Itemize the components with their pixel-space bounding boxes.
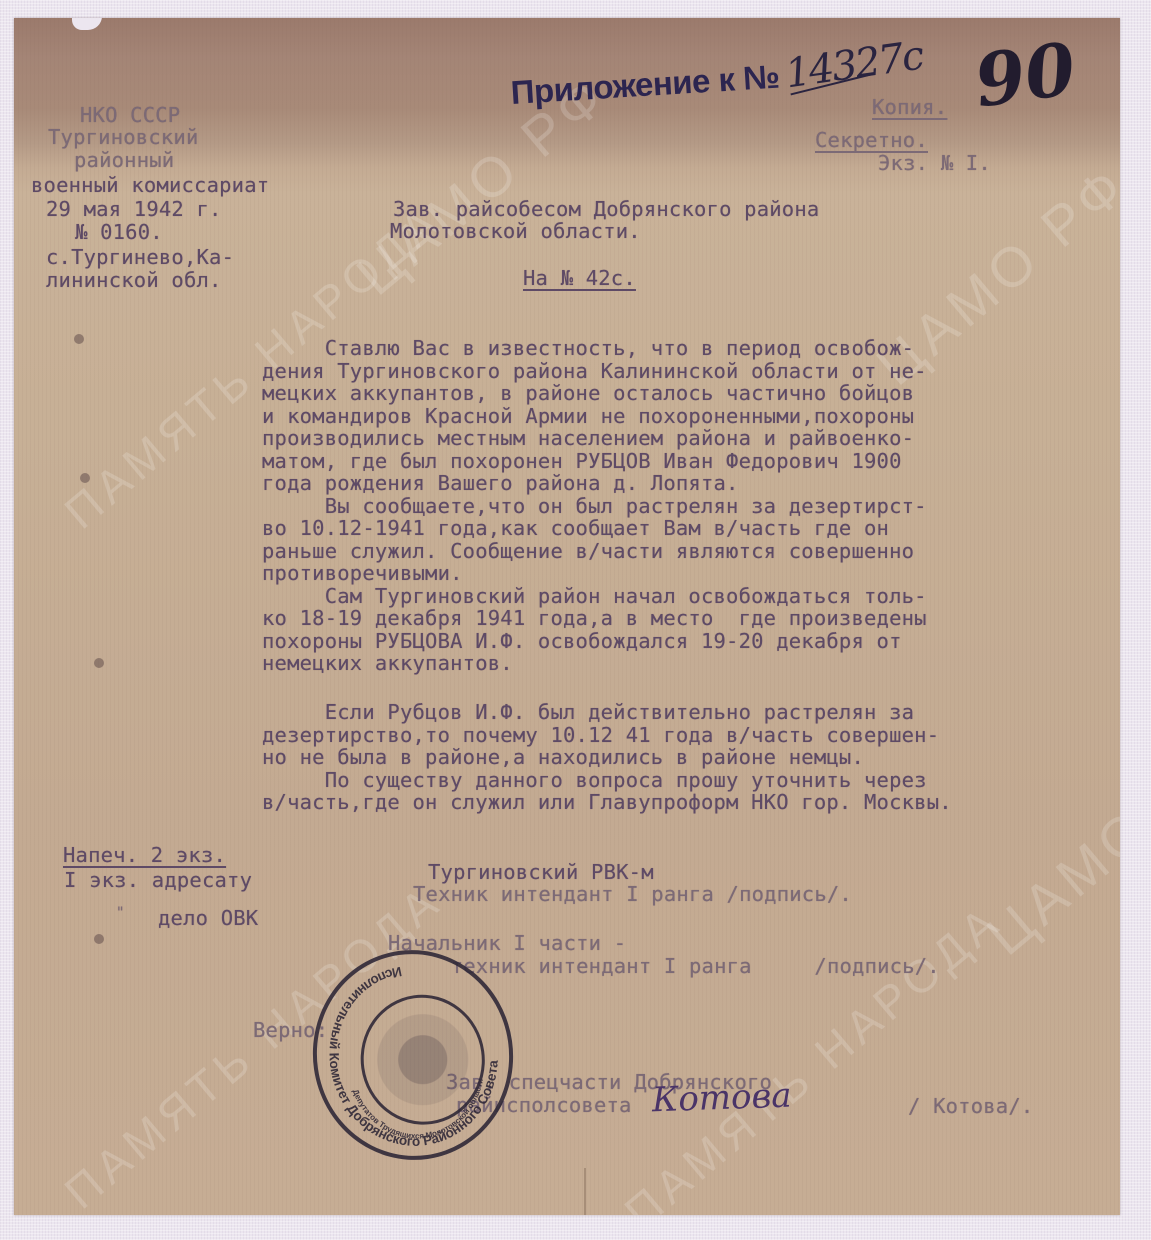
body-line: похороны РУБЦОВА И.Ф. освобождался 19-20… <box>262 630 927 653</box>
secret-label: Секретно. <box>815 129 928 152</box>
sender-number: № 0160. <box>75 221 163 244</box>
body-line: дения Тургиновского района Калининской о… <box>262 360 927 383</box>
copy-recipient-2: дело ОВК <box>158 907 258 930</box>
copy-label: Копия. <box>872 96 947 119</box>
handwritten-folio-number: 90 <box>970 25 1081 123</box>
body-line: года рождения Вашего района д. Лопята. <box>262 472 927 495</box>
signatory-rank-1: Техник интендант I ранга /подпись/. <box>413 883 852 906</box>
copy-number: Экз. № I. <box>878 152 991 175</box>
letter-body: Ставлю Вас в известность, что в период о… <box>262 337 927 675</box>
sender-line: лининской обл. <box>46 269 222 292</box>
body-line: Сам Тургиновский район начал освобождать… <box>262 585 927 608</box>
reference-number: На № 42с. <box>523 267 636 290</box>
body-line: ко 18-19 декабря 1941 года,а в место где… <box>262 607 927 630</box>
copy-recipient-1: I экз. адресату <box>64 869 252 892</box>
body-line: Ставлю Вас в известность, что в период о… <box>262 337 927 360</box>
binder-hole <box>74 334 84 344</box>
body-line: в/часть,где он служил или Главупроформ Н… <box>262 791 952 814</box>
addressee-line: Молотовской области. <box>390 220 641 243</box>
watermark-tsamo-3: ЦАМО РФ <box>974 721 1120 967</box>
sender-line: военный комиссариат <box>31 174 269 197</box>
handwritten-signature: Котова <box>651 1076 792 1121</box>
verifier-name: / Котова/. <box>908 1095 1033 1118</box>
body-line: матом, где был похоронен РУБЦОВ Иван Фед… <box>262 450 927 473</box>
body-line: противоречивыми. <box>262 562 927 585</box>
body-line: но не была в районе,а находились в район… <box>262 746 952 769</box>
body-line: дезертирство,то почему 10.12 41 года в/ч… <box>262 724 952 747</box>
addressee-line: Зав. райсобесом Добрянского района <box>393 198 819 221</box>
body-line: и командиров Красной Армии не похороненн… <box>262 405 927 428</box>
letter-body-conclusion: Если Рубцов И.Ф. был действительно растр… <box>262 701 952 814</box>
signatory-org: Тургиновский РВК-м <box>428 861 654 884</box>
body-line: производились местным населением района … <box>262 427 927 450</box>
body-line: По существу данного вопроса прошу уточни… <box>262 769 952 792</box>
body-line: мецких аккупантов, в районе осталось час… <box>262 382 927 405</box>
torn-corner <box>72 18 102 30</box>
body-line: во 10.12-1941 года,как сообщает Вам в/ча… <box>262 517 927 540</box>
watermark-pamyat-2: ПАМЯТЬ НАРОДА <box>614 893 1012 1215</box>
sender-date: 29 мая 1942 г. <box>46 198 222 221</box>
body-line: Вы сообщаете,что он был растрелян за дез… <box>262 495 927 518</box>
body-line: Если Рубцов И.Ф. был действительно растр… <box>262 701 952 724</box>
official-seal: Исполнительный Комитет Добрянского Район… <box>299 937 526 1173</box>
body-line: раньше служил. Сообщение в/части являютс… <box>262 540 927 563</box>
printed-copies: Напеч. 2 экз. <box>63 844 226 867</box>
binder-hole <box>94 658 104 668</box>
sender-line: НКО СССР <box>80 104 180 127</box>
binder-hole <box>94 934 104 944</box>
sender-line: районный <box>74 149 174 172</box>
paper-tear <box>584 1168 586 1215</box>
body-line: немецких аккупантов. <box>262 652 927 675</box>
sender-line: Тургиновский <box>48 126 199 149</box>
ditto-mark: " <box>116 902 125 925</box>
binder-hole <box>80 473 90 483</box>
sender-line: с.Тургинево,Ка- <box>46 246 234 269</box>
